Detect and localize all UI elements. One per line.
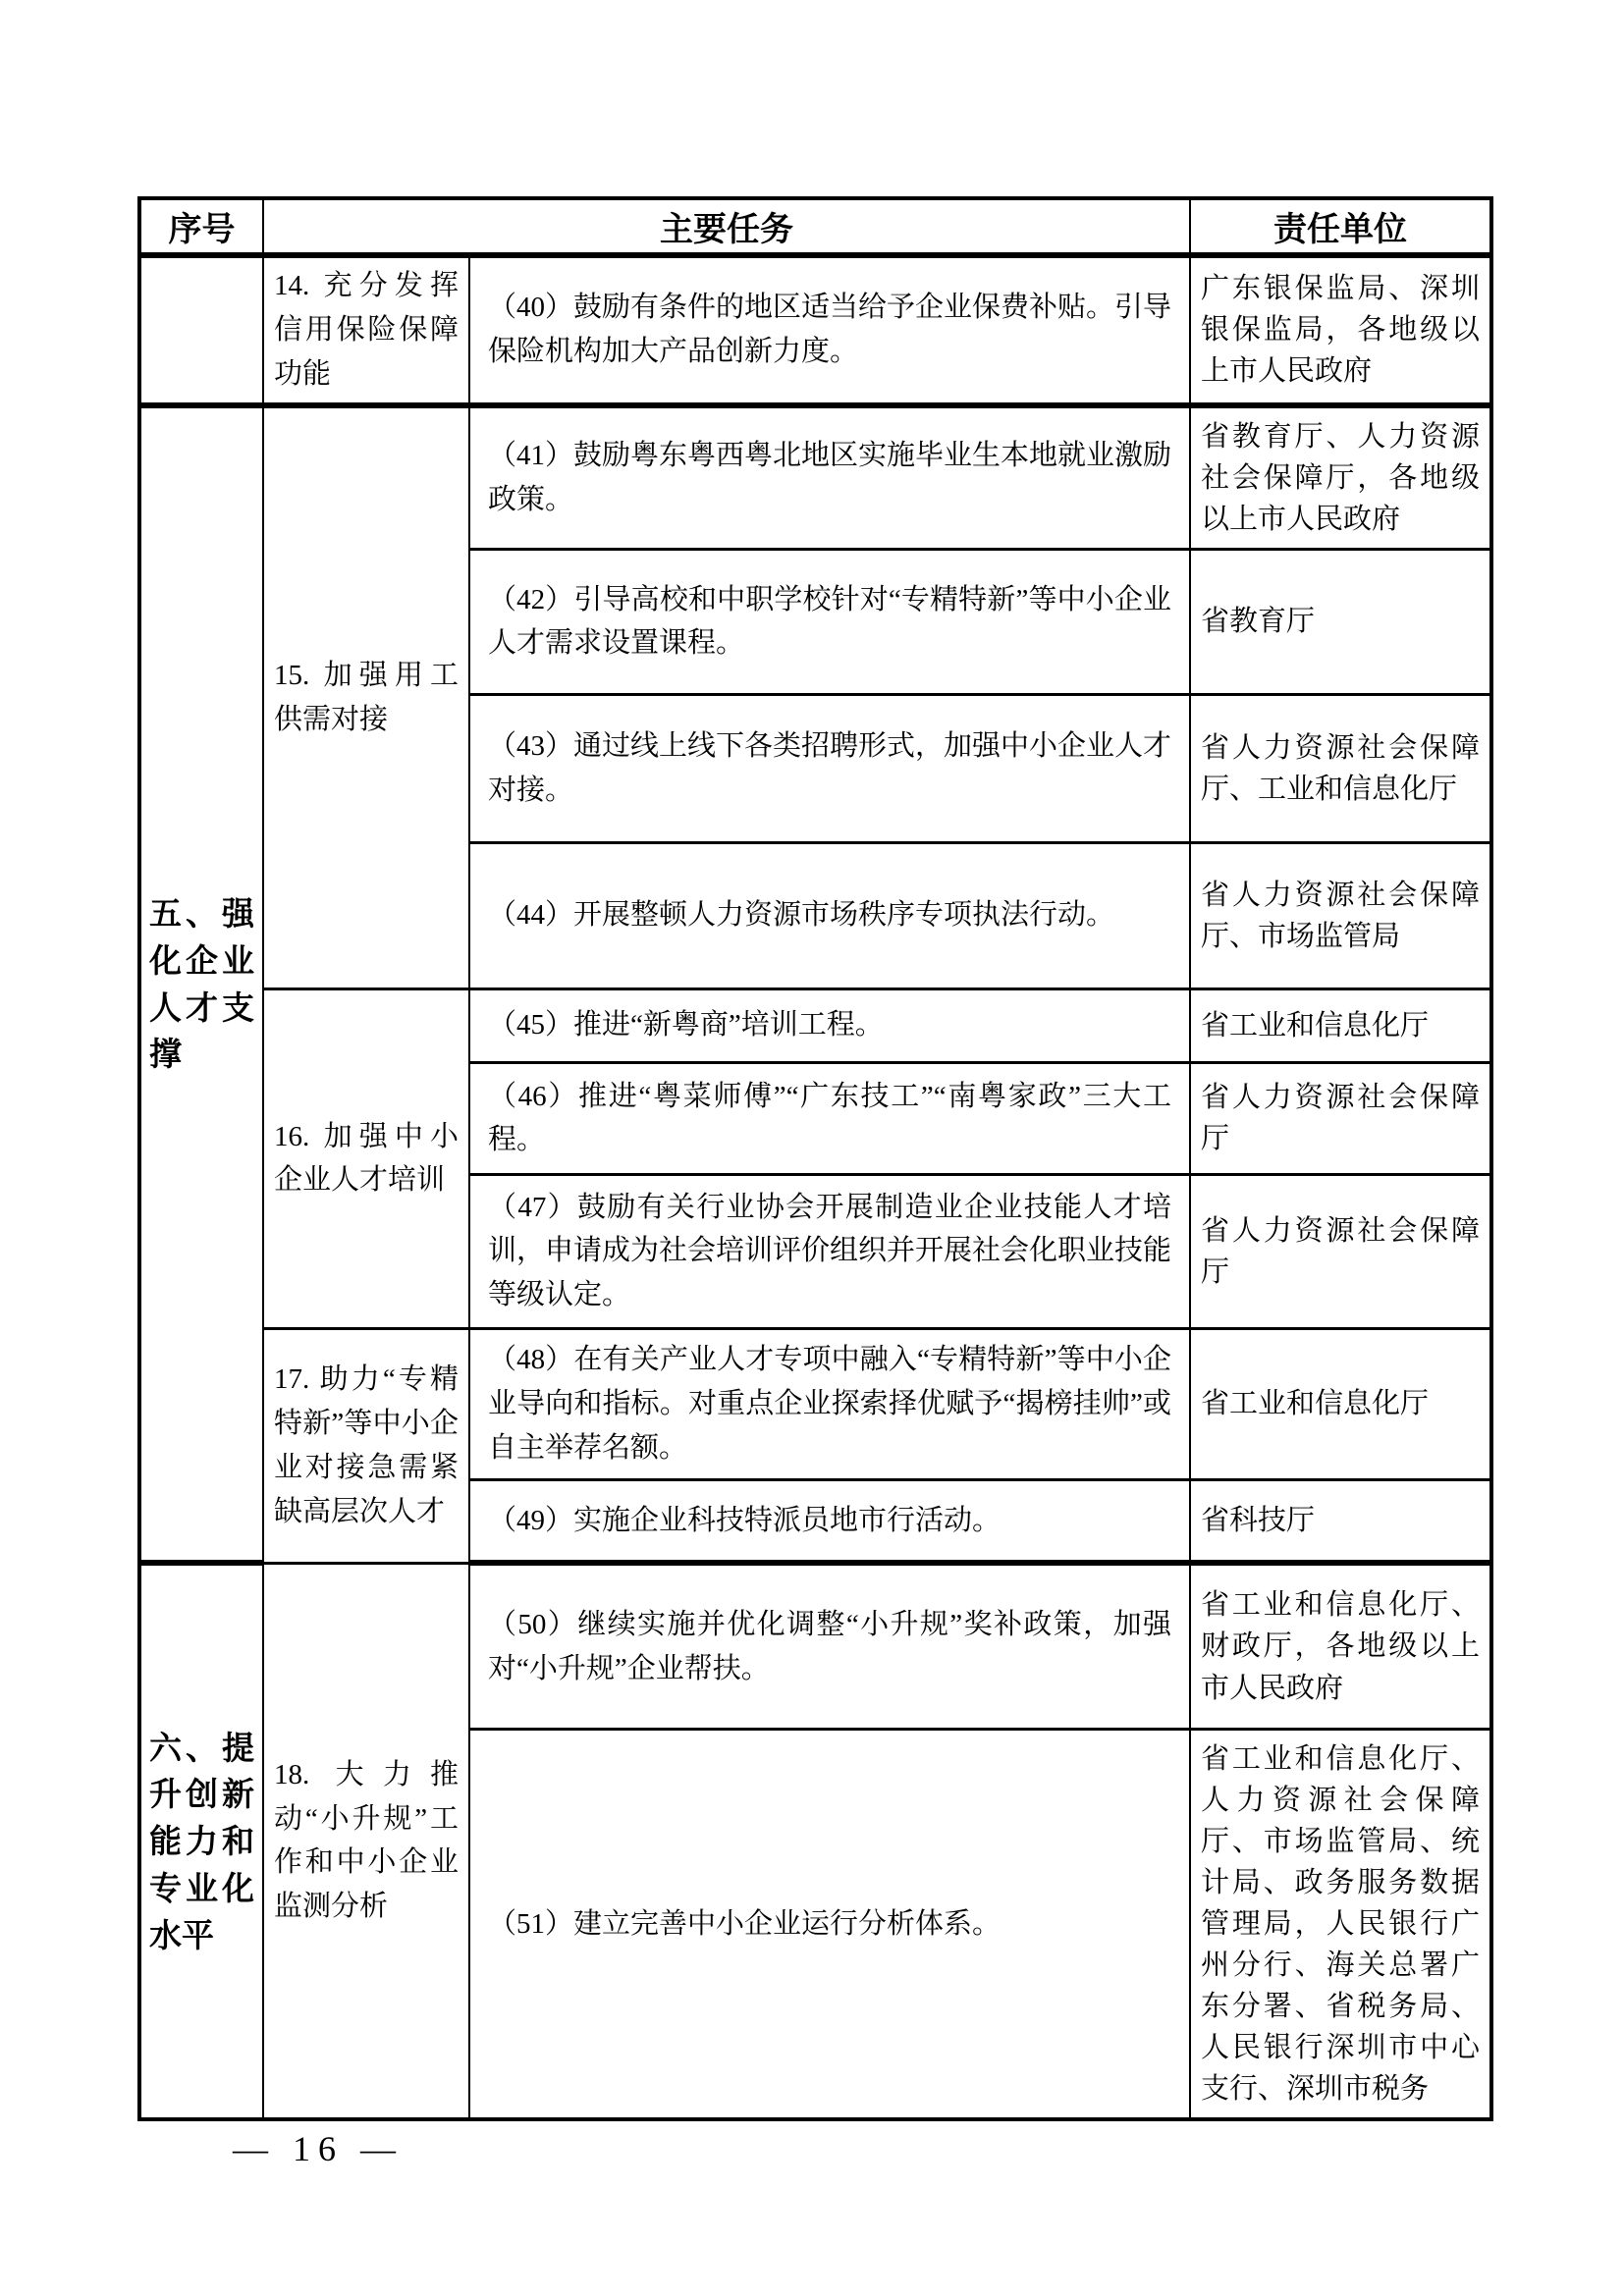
unit-cell-46: 省人力资源社会保障厅	[1190, 1062, 1491, 1174]
task-cell-40: （40）鼓励有条件的地区适当给予企业保费补贴。引导保险机构加大产品创新力度。	[469, 255, 1190, 405]
table-header-row: 序号 主要任务 责任单位	[139, 198, 1491, 255]
unit-cell-48: 省工业和信息化厅	[1190, 1328, 1491, 1479]
task-cell-49: （49）实施企业科技特派员地市行活动。	[469, 1479, 1190, 1563]
task-cell-41: （41）鼓励粤东粤西粤北地区实施毕业生本地就业激励政策。	[469, 405, 1190, 550]
table-row: 六、提升创新能力和专业化水平 18. 大力推动“小升规”工作和中小企业监测分析 …	[139, 1563, 1491, 1729]
task-cell-45: （45）推进“新粤商”培训工程。	[469, 988, 1190, 1062]
unit-cell-50: 省工业和信息化厅、财政厅，各地级以上市人民政府	[1190, 1563, 1491, 1729]
unit-cell-41: 省教育厅、人力资源社会保障厅，各地级以上市人民政府	[1190, 405, 1491, 550]
tasks-table: 序号 主要任务 责任单位 14. 充分发挥信用保险保障功能 （40）鼓励有条件的…	[137, 196, 1493, 2121]
unit-cell-44: 省人力资源社会保障厅、市场监管局	[1190, 842, 1491, 988]
unit-cell-40: 广东银保监局、深圳银保监局，各地级以上市人民政府	[1190, 255, 1491, 405]
section-cell-empty	[139, 255, 263, 405]
section-cell-5: 五、强化企业人才支撑	[139, 405, 263, 1563]
unit-cell-42: 省教育厅	[1190, 549, 1491, 694]
header-cell-unit: 责任单位	[1190, 198, 1491, 255]
task-cell-48: （48）在有关产业人才专项中融入“专精特新”等中小企业导向和指标。对重点企业探索…	[469, 1328, 1190, 1479]
unit-cell-51: 省工业和信息化厅、人力资源社会保障厅、市场监管局、统计局、政务服务数据管理局，人…	[1190, 1729, 1491, 2119]
task-cell-50: （50）继续实施并优化调整“小升规”奖补政策，加强对“小升规”企业帮扶。	[469, 1563, 1190, 1729]
group-cell-16: 16. 加强中小企业人才培训	[263, 988, 469, 1328]
task-cell-46: （46）推进“粤菜师傅”“广东技工”“南粤家政”三大工程。	[469, 1062, 1190, 1174]
group-cell-18: 18. 大力推动“小升规”工作和中小企业监测分析	[263, 1563, 469, 2119]
header-cell-index: 序号	[139, 198, 263, 255]
table-row: 16. 加强中小企业人才培训 （45）推进“新粤商”培训工程。 省工业和信息化厅	[139, 988, 1491, 1062]
header-cell-task: 主要任务	[263, 198, 1190, 255]
group-cell-15: 15. 加强用工供需对接	[263, 405, 469, 989]
section-cell-6: 六、提升创新能力和专业化水平	[139, 1563, 263, 2119]
task-cell-44: （44）开展整顿人力资源市场秩序专项执法行动。	[469, 842, 1190, 988]
task-cell-51: （51）建立完善中小企业运行分析体系。	[469, 1729, 1190, 2119]
task-cell-42: （42）引导高校和中职学校针对“专精特新”等中小企业人才需求设置课程。	[469, 549, 1190, 694]
table-row: 五、强化企业人才支撑 15. 加强用工供需对接 （41）鼓励粤东粤西粤北地区实施…	[139, 405, 1491, 550]
unit-cell-43: 省人力资源社会保障厅、工业和信息化厅	[1190, 694, 1491, 842]
task-cell-43: （43）通过线上线下各类招聘形式，加强中小企业人才对接。	[469, 694, 1190, 842]
group-cell-14: 14. 充分发挥信用保险保障功能	[263, 255, 469, 405]
table-row: 14. 充分发挥信用保险保障功能 （40）鼓励有条件的地区适当给予企业保费补贴。…	[139, 255, 1491, 405]
unit-cell-47: 省人力资源社会保障厅	[1190, 1174, 1491, 1328]
table-row: 17. 助力“专精特新”等中小企业对接急需紧缺高层次人才 （48）在有关产业人才…	[139, 1328, 1491, 1479]
group-cell-17: 17. 助力“专精特新”等中小企业对接急需紧缺高层次人才	[263, 1328, 469, 1563]
page-number: — 16 —	[233, 2128, 404, 2169]
unit-cell-49: 省科技厅	[1190, 1479, 1491, 1563]
task-cell-47: （47）鼓励有关行业协会开展制造业企业技能人才培训，申请成为社会培训评价组织并开…	[469, 1174, 1190, 1328]
unit-cell-45: 省工业和信息化厅	[1190, 988, 1491, 1062]
